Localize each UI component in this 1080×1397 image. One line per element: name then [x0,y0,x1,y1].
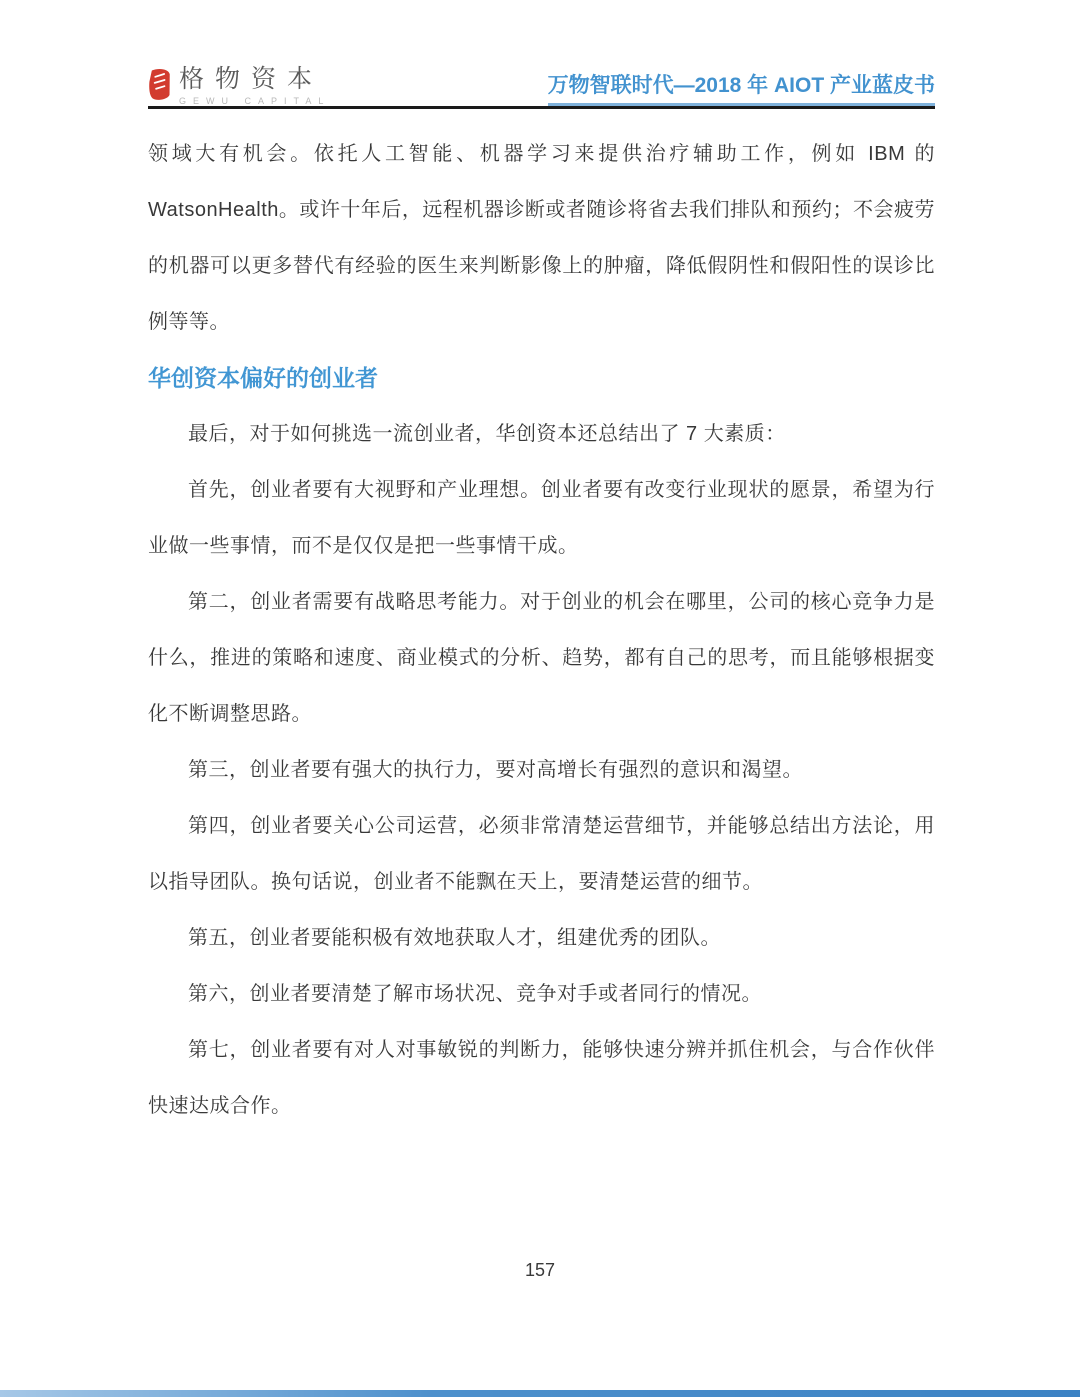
document-title: 万物智联时代—2018 年 AIOT 产业蓝皮书 [548,69,935,106]
intro-paragraph: 领域大有机会。依托人工智能、机器学习来提供治疗辅助工作，例如 IBM 的 Wat… [148,126,935,350]
body-paragraph: 第六，创业者要清楚了解市场状况、竞争对手或者同行的情况。 [148,966,935,1022]
document-body: 领域大有机会。依托人工智能、机器学习来提供治疗辅助工作，例如 IBM 的 Wat… [148,126,935,1134]
body-paragraph: 第三，创业者要有强大的执行力，要对高增长有强烈的意识和渴望。 [148,742,935,798]
logo-texts: 格物资本 GEWU CAPITAL [179,66,330,107]
header-divider [148,106,935,109]
document-page: 格物资本 GEWU CAPITAL 万物智联时代—2018 年 AIOT 产业蓝… [0,0,1080,1397]
section-heading: 华创资本偏好的创业者 [148,350,935,406]
logo-text-cn: 格物资本 [179,66,330,94]
footer-accent-bar [0,1390,1080,1397]
page-number: 157 [0,1260,1080,1281]
body-paragraph: 第四，创业者要关心公司运营，必须非常清楚运营细节，并能够总结出方法论，用以指导团… [148,798,935,910]
body-paragraph: 第五，创业者要能积极有效地获取人才，组建优秀的团队。 [148,910,935,966]
body-paragraph: 最后，对于如何挑选一流创业者，华创资本还总结出了 7 大素质： [148,406,935,462]
body-paragraph: 第七，创业者要有对人对事敏锐的判断力，能够快速分辨并抓住机会，与合作伙伴快速达成… [148,1022,935,1134]
body-paragraph: 首先，创业者要有大视野和产业理想。创业者要有改变行业现状的愿景，希望为行业做一些… [148,462,935,574]
body-paragraph: 第二，创业者需要有战略思考能力。对于创业的机会在哪里，公司的核心竞争力是什么，推… [148,574,935,742]
page-header: 格物资本 GEWU CAPITAL 万物智联时代—2018 年 AIOT 产业蓝… [148,60,935,106]
logo-text-en: GEWU CAPITAL [179,96,330,106]
logo-seal-icon [147,67,174,107]
logo: 格物资本 GEWU CAPITAL [148,66,330,107]
